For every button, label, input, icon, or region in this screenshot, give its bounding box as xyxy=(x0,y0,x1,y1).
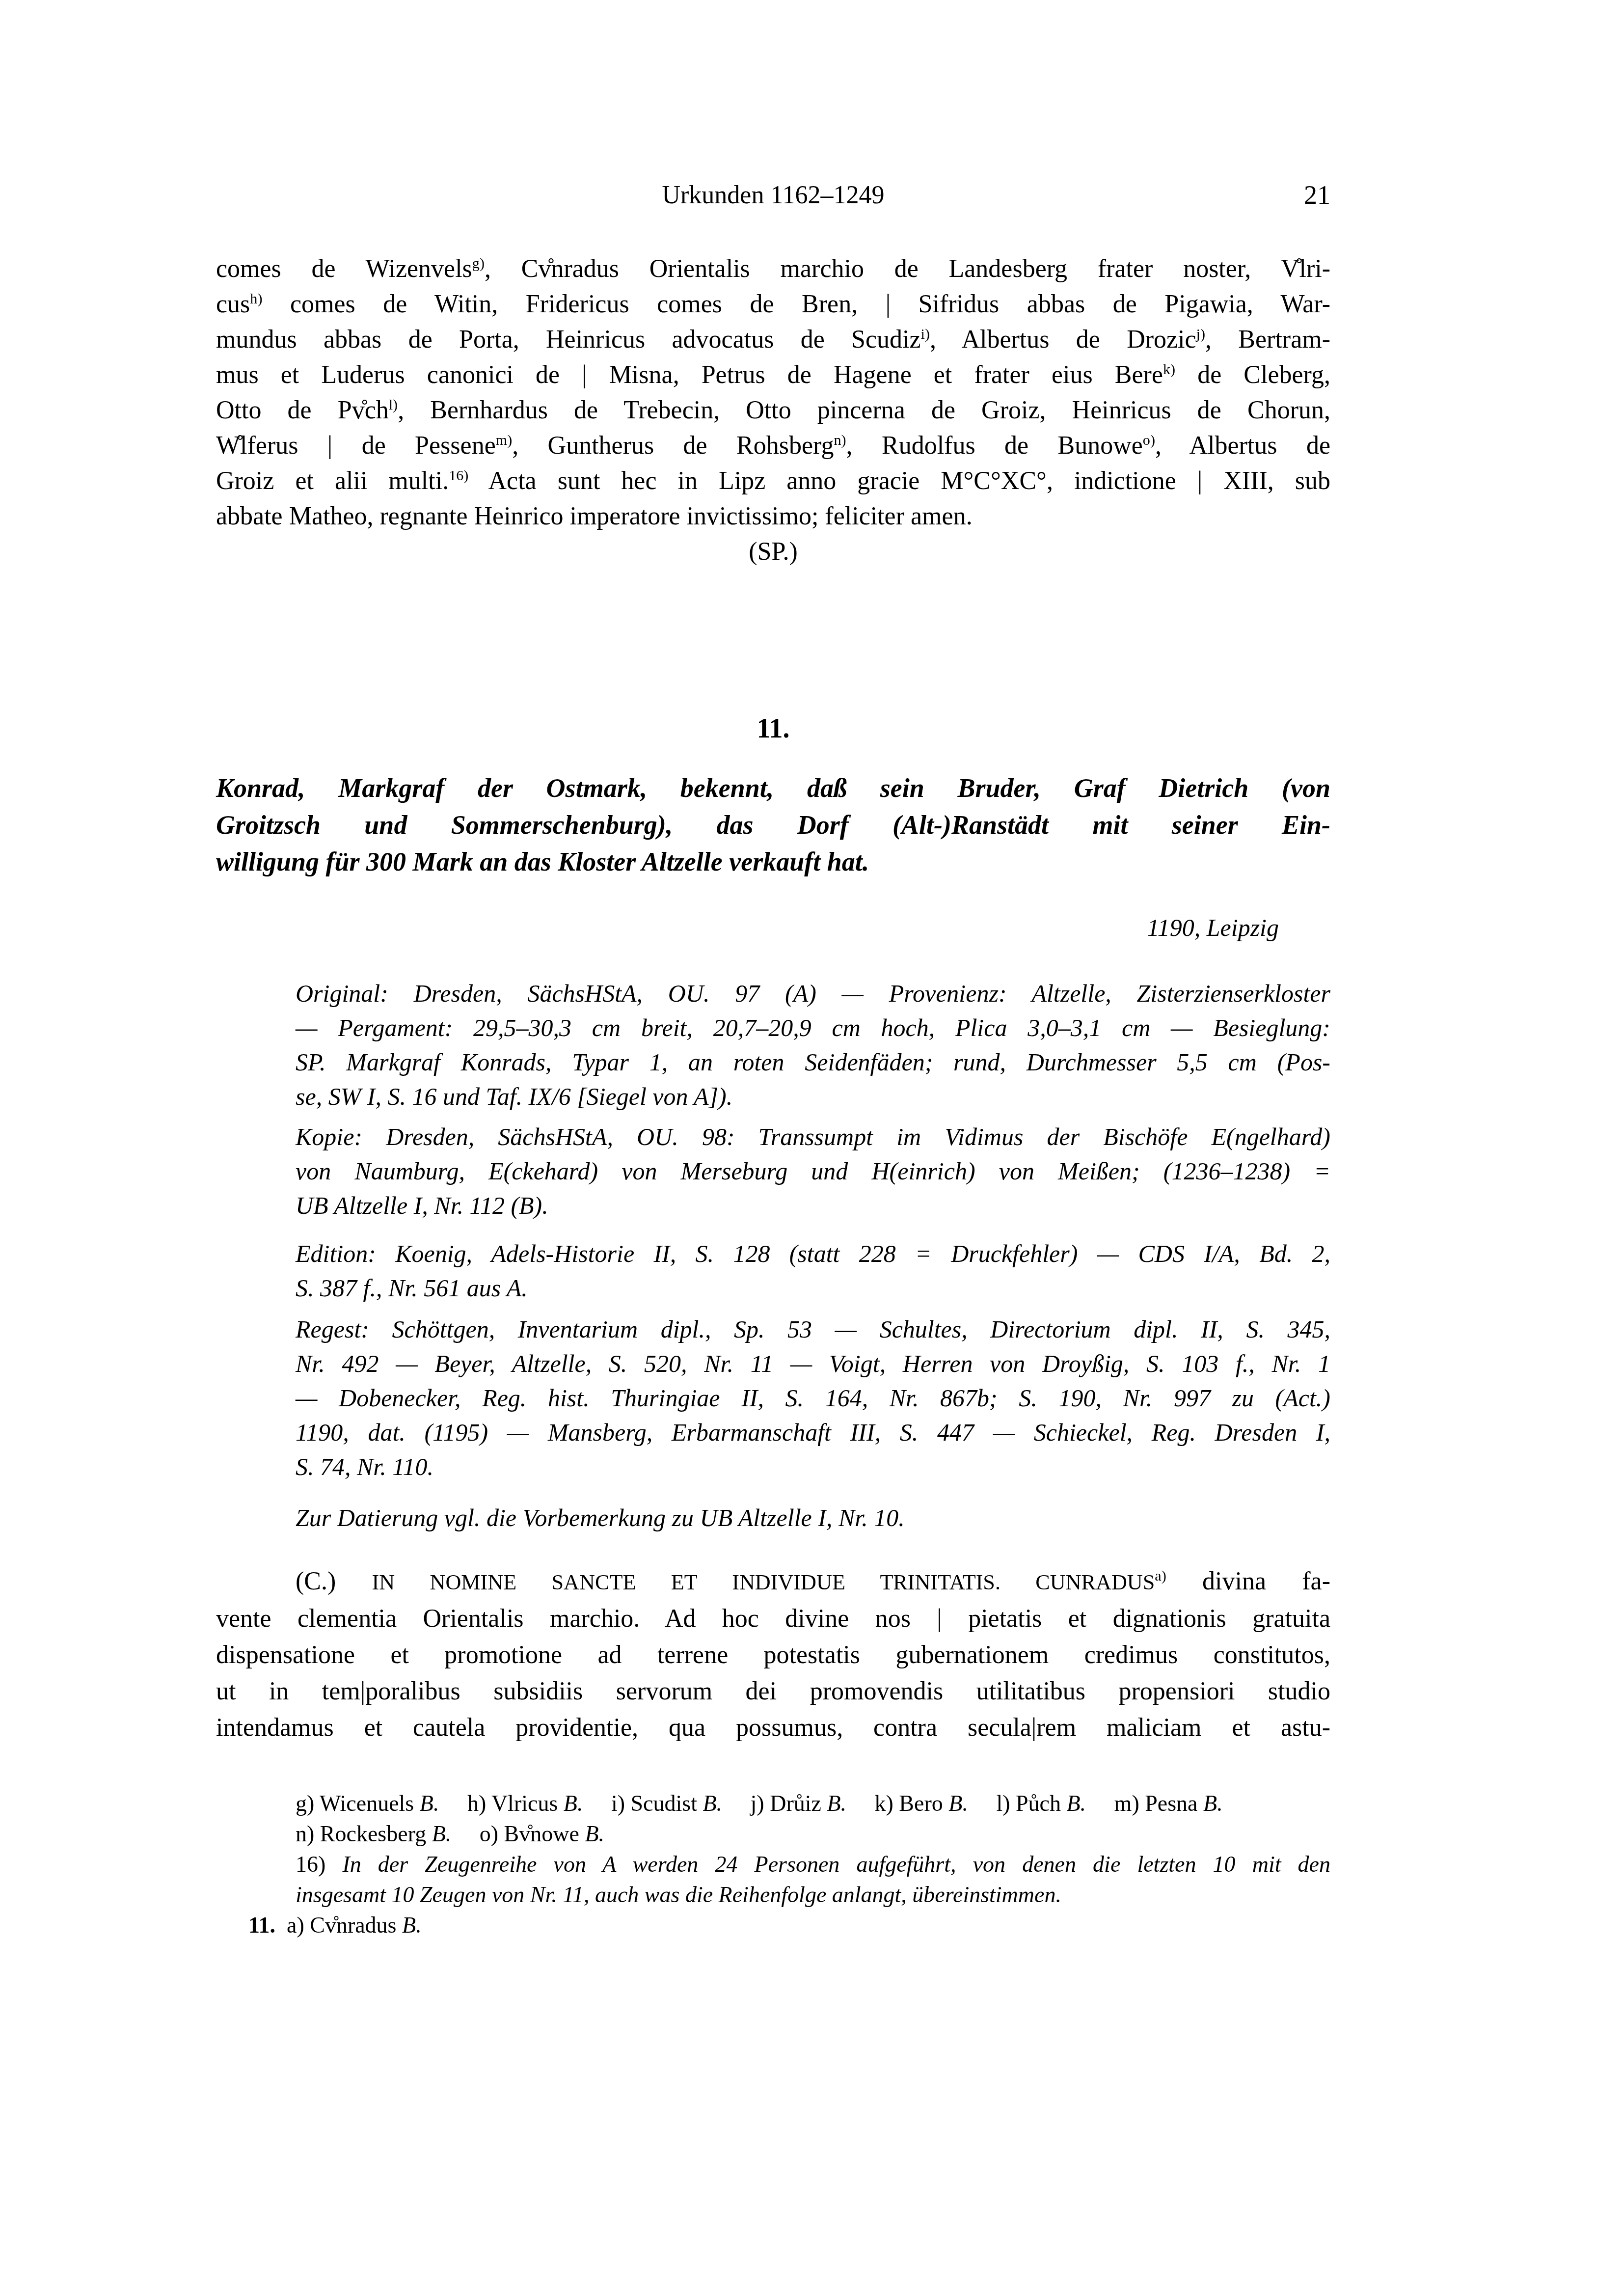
text-line: vente clementia Orientalis marchio. Ad h… xyxy=(216,1601,1330,1637)
text-segment: de Cleberg, xyxy=(1175,361,1330,389)
text-segment: Konrad, Markgraf der Ostmark, bekennt, d… xyxy=(216,773,1330,803)
charter-11-datierung-note: Zur Datierung vgl. die Vorbemerkung zu U… xyxy=(296,1501,1330,1535)
text-line: S. 74, Nr. 110. xyxy=(296,1449,1330,1484)
text-segment: o) Bv̊nowe xyxy=(451,1821,585,1846)
text-line: se, SW I, S. 16 und Taf. IX/6 [Siegel vo… xyxy=(296,1079,1330,1114)
text-segment: i) Scudist xyxy=(583,1791,703,1816)
text-line: dispensatione et promotione ad terrene p… xyxy=(216,1637,1330,1673)
text-segment: (SP.) xyxy=(749,538,798,566)
text-segment: S. 387 f., Nr. 561 aus A. xyxy=(296,1274,528,1302)
text-segment: m) xyxy=(496,432,513,448)
text-segment: , Albertus de xyxy=(1155,432,1330,460)
text-segment: Original: Dresden, SächsHStA, OU. 97 (A)… xyxy=(296,980,1330,1007)
text-line: 16) In der Zeugenreihe von A werden 24 P… xyxy=(296,1849,1330,1880)
text-segment: mus et Luderus canonici de | Misna, Petr… xyxy=(216,361,1163,389)
text-segment: o) xyxy=(1143,432,1155,448)
text-segment: B. xyxy=(827,1791,846,1816)
text-segment: g) xyxy=(472,255,485,272)
text-segment: insgesamt 10 Zeugen von Nr. 11, auch was… xyxy=(296,1882,1061,1907)
charter-11-latin-text: (C.) IN NOMINE SANCTE ET INDIVIDUE TRINI… xyxy=(216,1563,1330,1746)
text-segment: Groitzsch und Sommerschenburg), das Dorf… xyxy=(216,810,1330,840)
text-segment: — Dobenecker, Reg. hist. Thuringiae II, … xyxy=(296,1384,1330,1412)
text-segment: , Bernhardus de Trebecin, Otto pincerna … xyxy=(398,396,1330,424)
text-segment: j) xyxy=(1196,326,1205,342)
text-line: Original: Dresden, SächsHStA, OU. 97 (A)… xyxy=(296,976,1330,1011)
charter-11-dateline: 1190, Leipzig xyxy=(216,913,1279,942)
text-segment: 11. xyxy=(248,1913,275,1938)
text-line: Otto de Pv̊chl), Bernhardus de Trebecin,… xyxy=(216,393,1330,428)
text-segment: willigung für 300 Mark an das Kloster Al… xyxy=(216,847,869,876)
text-segment: dispensatione et promotione ad terrene p… xyxy=(216,1641,1330,1669)
text-line: n) Rockesberg B. o) Bv̊nowe B. xyxy=(296,1819,1330,1849)
text-line: mundus abbas de Porta, Heinricus advocat… xyxy=(216,322,1330,357)
text-line: W̊lferus | de Pessenem), Guntherus de Ro… xyxy=(216,428,1330,464)
text-segment: W̊lferus | de Pessene xyxy=(216,432,496,460)
text-line: Kopie: Dresden, SächsHStA, OU. 98: Trans… xyxy=(296,1120,1330,1154)
text-segment: n) Rockesberg xyxy=(296,1821,432,1846)
text-segment: comes de Wizenvels xyxy=(216,255,472,283)
text-segment: , Bertram- xyxy=(1205,326,1330,354)
text-segment: a) Cv̊nradus xyxy=(275,1913,402,1938)
text-segment: Regest: Schöttgen, Inventarium dipl., Sp… xyxy=(296,1315,1330,1343)
text-line: Edition: Koenig, Adels-Historie II, S. 1… xyxy=(296,1236,1330,1271)
text-line: Groiz et alii multi.16) Acta sunt hec in… xyxy=(216,464,1330,499)
text-segment: l) Půch xyxy=(968,1791,1067,1816)
text-segment: h) Vlricus xyxy=(439,1791,563,1816)
text-segment: SP. Markgraf Konrads, Typar 1, an roten … xyxy=(296,1048,1330,1076)
text-segment: a) xyxy=(1155,1567,1166,1584)
text-segment: k) xyxy=(1163,361,1175,378)
text-segment: vente clementia Orientalis marchio. Ad h… xyxy=(216,1605,1330,1633)
footnotes-block: g) Wicenuels B. h) Vlricus B. i) Scudist… xyxy=(296,1788,1330,1941)
text-line: (SP.) xyxy=(216,534,1330,570)
text-segment: h) xyxy=(250,290,262,307)
scanned-book-page: Urkunden 1162–1249 21 comes de Wizenvels… xyxy=(0,0,1622,2296)
text-segment: divina fa- xyxy=(1166,1567,1330,1595)
text-line: intendamus et cautela providentie, qua p… xyxy=(216,1710,1330,1746)
charter-11-edition-note: Edition: Koenig, Adels-Historie II, S. 1… xyxy=(296,1236,1330,1305)
text-segment: , Rudolfus de Bunowe xyxy=(846,432,1143,460)
text-line: mus et Luderus canonici de | Misna, Petr… xyxy=(216,357,1330,393)
text-line: insgesamt 10 Zeugen von Nr. 11, auch was… xyxy=(296,1880,1330,1910)
text-line: g) Wicenuels B. h) Vlricus B. i) Scudist… xyxy=(296,1788,1330,1819)
text-segment: Nr. 492 — Beyer, Altzelle, S. 520, Nr. 1… xyxy=(296,1350,1330,1377)
text-segment: n) xyxy=(834,432,846,448)
text-segment: B. xyxy=(703,1791,722,1816)
text-line: ut in tem|poralibus subsidiis servorum d… xyxy=(216,1673,1330,1710)
text-segment: B. xyxy=(1203,1791,1223,1816)
charter-10-witness-text: comes de Wizenvelsg), Cv̊nradus Oriental… xyxy=(216,251,1330,570)
page-number: 21 xyxy=(1304,180,1330,210)
text-segment: k) Bero xyxy=(846,1791,948,1816)
text-line: UB Altzelle I, Nr. 112 (B). xyxy=(296,1188,1330,1223)
text-line: comes de Wizenvelsg), Cv̊nradus Oriental… xyxy=(216,251,1330,287)
charter-11-number: 11. xyxy=(216,713,1330,744)
text-segment: IN NOMINE SANCTE ET INDIVIDUE TRINITATIS… xyxy=(372,1570,1155,1594)
charter-11-kopie-note: Kopie: Dresden, SächsHStA, OU. 98: Trans… xyxy=(296,1120,1330,1223)
charter-11-regest-note: Regest: Schöttgen, Inventarium dipl., Sp… xyxy=(296,1312,1330,1484)
text-line: (C.) IN NOMINE SANCTE ET INDIVIDUE TRINI… xyxy=(216,1563,1330,1601)
text-segment: Otto de Pv̊ch xyxy=(216,396,389,424)
text-segment: In der Zeugenreihe von A werden 24 Perso… xyxy=(342,1852,1330,1877)
text-segment: Acta sunt hec in Lipz anno gracie M°C°XC… xyxy=(468,467,1330,495)
text-segment: (C.) xyxy=(296,1567,372,1595)
text-segment: cus xyxy=(216,290,250,318)
text-segment: l) xyxy=(389,396,398,413)
text-segment: , Albertus de Drozic xyxy=(930,326,1196,354)
text-segment: intendamus et cautela providentie, qua p… xyxy=(216,1714,1330,1742)
text-segment: mundus abbas de Porta, Heinricus advocat… xyxy=(216,326,921,354)
text-segment: abbate Matheo, regnante Heinrico imperat… xyxy=(216,502,973,530)
text-segment: m) Pesna xyxy=(1086,1791,1203,1816)
text-line: cush) comes de Witin, Fridericus comes d… xyxy=(216,287,1330,322)
text-segment: Edition: Koenig, Adels-Historie II, S. 1… xyxy=(296,1240,1330,1267)
text-segment: S. 74, Nr. 110. xyxy=(296,1453,433,1480)
text-line: von Naumburg, E(ckehard) von Merseburg u… xyxy=(296,1154,1330,1188)
text-line: SP. Markgraf Konrads, Typar 1, an roten … xyxy=(296,1045,1330,1079)
text-segment: B. xyxy=(402,1913,422,1938)
text-line: Groitzsch und Sommerschenburg), das Dorf… xyxy=(216,807,1330,844)
text-segment: 16) xyxy=(296,1852,342,1877)
text-line: willigung für 300 Mark an das Kloster Al… xyxy=(216,844,1330,880)
text-segment: se, SW I, S. 16 und Taf. IX/6 [Siegel vo… xyxy=(296,1083,732,1110)
text-line: 1190, dat. (1195) — Mansberg, Erbarmansc… xyxy=(296,1415,1330,1449)
text-segment: 16) xyxy=(449,467,468,484)
text-segment: UB Altzelle I, Nr. 112 (B). xyxy=(296,1192,548,1219)
text-line: 11. a) Cv̊nradus B. xyxy=(296,1910,1330,1941)
text-segment: 1190, dat. (1195) — Mansberg, Erbarmansc… xyxy=(296,1419,1330,1446)
charter-11-title: Konrad, Markgraf der Ostmark, bekennt, d… xyxy=(216,770,1330,880)
text-segment: B. xyxy=(432,1821,452,1846)
text-segment: B. xyxy=(564,1791,583,1816)
text-segment: , Guntherus de Rohsberg xyxy=(512,432,834,460)
text-line: Nr. 492 — Beyer, Altzelle, S. 520, Nr. 1… xyxy=(296,1346,1330,1381)
charter-11-original-note: Original: Dresden, SächsHStA, OU. 97 (A)… xyxy=(296,976,1330,1114)
text-segment: Kopie: Dresden, SächsHStA, OU. 98: Trans… xyxy=(296,1123,1330,1150)
text-segment: ut in tem|poralibus subsidiis servorum d… xyxy=(216,1677,1330,1705)
text-segment: , Cv̊nradus Orientalis marchio de Landes… xyxy=(485,255,1330,283)
text-segment: B. xyxy=(1067,1791,1086,1816)
text-segment: B. xyxy=(585,1821,604,1846)
text-line: — Pergament: 29,5–30,3 cm breit, 20,7–20… xyxy=(296,1011,1330,1045)
text-segment: von Naumburg, E(ckehard) von Merseburg u… xyxy=(296,1157,1330,1185)
text-segment: B. xyxy=(948,1791,968,1816)
text-line: S. 387 f., Nr. 561 aus A. xyxy=(296,1271,1330,1305)
text-segment: — Pergament: 29,5–30,3 cm breit, 20,7–20… xyxy=(296,1014,1330,1041)
text-line: Regest: Schöttgen, Inventarium dipl., Sp… xyxy=(296,1312,1330,1346)
running-title: Urkunden 1162–1249 xyxy=(216,181,1330,210)
text-segment: i) xyxy=(921,326,930,342)
text-segment: comes de Witin, Fridericus comes de Bren… xyxy=(262,290,1330,318)
text-line: Konrad, Markgraf der Ostmark, bekennt, d… xyxy=(216,770,1330,807)
text-segment: g) Wicenuels xyxy=(296,1791,420,1816)
text-segment: B. xyxy=(420,1791,439,1816)
text-segment: j) Drůiz xyxy=(722,1791,827,1816)
text-line: abbate Matheo, regnante Heinrico imperat… xyxy=(216,499,1330,534)
text-segment: Groiz et alii multi. xyxy=(216,467,449,495)
page-header: Urkunden 1162–1249 21 xyxy=(216,181,1330,215)
text-line: — Dobenecker, Reg. hist. Thuringiae II, … xyxy=(296,1381,1330,1415)
